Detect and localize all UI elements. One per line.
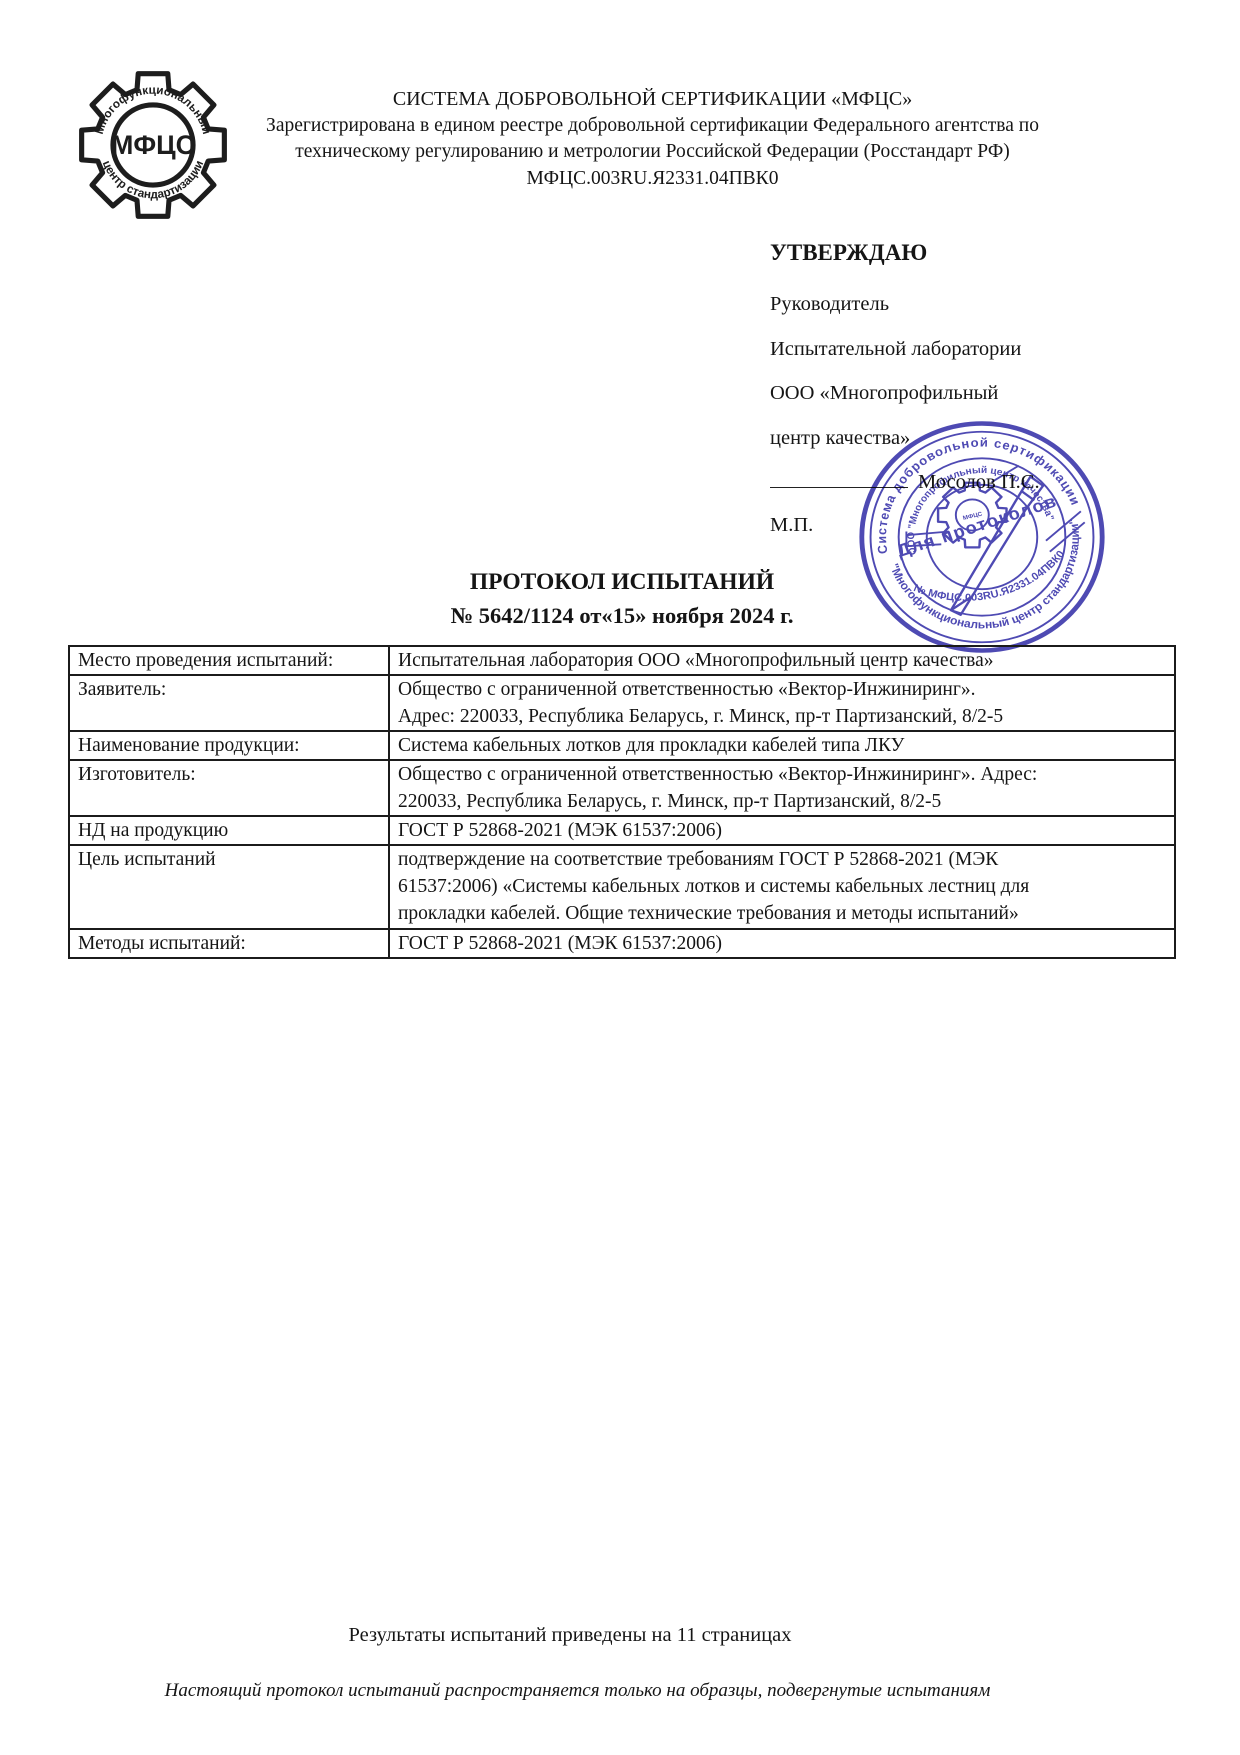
table-row: Место проведения испытаний: Испытательна… [69, 646, 1175, 675]
table-row: Наименование продукции: Система кабельны… [69, 731, 1175, 760]
table-row: Методы испытаний: ГОСТ Р 52868-2021 (МЭК… [69, 929, 1175, 958]
row-value: ГОСТ Р 52868-2021 (МЭК 61537:2006) [389, 929, 1175, 958]
row-value: ГОСТ Р 52868-2021 (МЭК 61537:2006) [389, 816, 1175, 845]
registered-line-1: Зарегистрирована в едином реестре добров… [200, 113, 1105, 140]
title-line-2: № 5642/1124 от«15» ноября 2024 г. [68, 599, 1176, 632]
document-title: ПРОТОКОЛ ИСПЫТАНИЙ № 5642/1124 от«15» но… [68, 566, 1176, 632]
row-label: Наименование продукции: [69, 731, 389, 760]
registered-line-2: техническому регулированию и метрологии … [200, 139, 1105, 166]
document-header: СИСТЕМА ДОБРОВОЛЬНОЙ СЕРТИФИКАЦИИ «МФЦС»… [200, 86, 1105, 192]
logo-center-text: МФЦС [111, 130, 195, 160]
row-value: Испытательная лаборатория ООО «Многопроф… [389, 646, 1175, 675]
approve-label: УТВЕРЖДАЮ [770, 240, 1100, 266]
table-row: Цель испытаний подтверждение на соответс… [69, 845, 1175, 929]
table-row: Заявитель: Общество с ограниченной ответ… [69, 675, 1175, 731]
row-value: подтверждение на соответствие требования… [389, 845, 1175, 929]
row-label: Изготовитель: [69, 760, 389, 816]
approver-org-line: Испытательной лаборатории [770, 327, 1100, 372]
disclaimer-line: Настоящий протокол испытаний распростран… [0, 1680, 1155, 1702]
registration-number: МФЦС.003RU.Я2331.04ПВК0 [200, 166, 1105, 193]
row-label: Цель испытаний [69, 845, 389, 929]
title-line-1: ПРОТОКОЛ ИСПЫТАНИЙ [68, 566, 1176, 599]
row-label: НД на продукцию [69, 816, 389, 845]
row-value: Общество с ограниченной ответственностью… [389, 760, 1175, 816]
protocol-page: МФЦС Многофункциональный центр стандарти… [0, 0, 1240, 1755]
certification-system-line: СИСТЕМА ДОБРОВОЛЬНОЙ СЕРТИФИКАЦИИ «МФЦС» [200, 86, 1105, 113]
approver-position-line: Руководитель [770, 282, 1100, 327]
row-label: Методы испытаний: [69, 929, 389, 958]
approver-org-line: ООО «Многопрофильный [770, 371, 1100, 416]
row-label: Место проведения испытаний: [69, 646, 389, 675]
row-value: Общество с ограниченной ответственностью… [389, 675, 1175, 731]
row-label: Заявитель: [69, 675, 389, 731]
table-row: НД на продукцию ГОСТ Р 52868-2021 (МЭК 6… [69, 816, 1175, 845]
protocol-table: Место проведения испытаний: Испытательна… [68, 645, 1176, 959]
table-row: Изготовитель: Общество с ограниченной от… [69, 760, 1175, 816]
row-value: Система кабельных лотков для прокладки к… [389, 731, 1175, 760]
results-summary-line: Результаты испытаний приведены на 11 стр… [0, 1624, 1140, 1647]
